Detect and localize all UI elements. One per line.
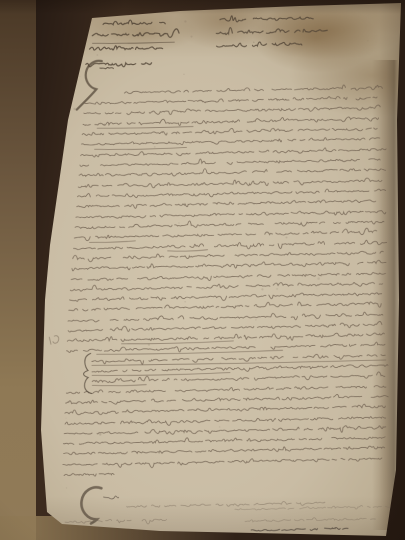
handwriting-line (92, 372, 385, 384)
handwriting-line (81, 147, 387, 158)
handwriting-line (100, 67, 117, 69)
margin-brace (83, 353, 91, 393)
sire-swash-bottom (81, 487, 102, 523)
handwriting-line (65, 518, 167, 525)
handwriting-line (92, 29, 179, 39)
handwriting-line (235, 505, 391, 512)
ink-underline (89, 241, 135, 243)
handwriting-line (79, 165, 386, 178)
handwriting-line (103, 19, 165, 25)
ink-underline (92, 384, 146, 386)
handwriting-line (89, 45, 162, 51)
ink-underline (92, 42, 174, 44)
handwriting-line (251, 527, 348, 531)
ink-speck (253, 41, 255, 43)
handwriting-line (77, 199, 384, 210)
handwriting-line (80, 155, 380, 167)
ink-underline (168, 250, 208, 252)
ink-underline (97, 350, 283, 355)
handwriting-line (220, 14, 313, 22)
manuscript-photo (0, 0, 405, 540)
handwriting-line (124, 84, 382, 95)
ink-speck (219, 426, 220, 427)
handwriting-line (85, 96, 378, 106)
handwriting-line (83, 115, 383, 128)
ink-speck (66, 418, 67, 419)
handwriting-line (64, 473, 114, 477)
handwriting-line (73, 249, 384, 262)
handwriting-line (76, 210, 386, 221)
handwriting-line (245, 517, 376, 523)
handwriting-line (64, 445, 385, 456)
ink-speck (255, 319, 256, 320)
handwriting-line (68, 321, 382, 333)
ink-speck (317, 277, 320, 280)
handwriting-line (70, 279, 382, 292)
ink-speck (97, 54, 99, 56)
handwriting-line (65, 415, 386, 427)
ink-underline (92, 373, 230, 377)
margin-mark-10 (49, 336, 58, 345)
handwriting-line (216, 41, 305, 47)
ink-speck (276, 288, 278, 290)
handwriting-line (65, 404, 386, 416)
handwriting-line (70, 292, 382, 304)
handwriting-line (77, 187, 385, 199)
handwriting-line (86, 62, 152, 67)
ink-underline (97, 126, 193, 128)
handwriting-line (69, 300, 386, 314)
handwriting-line (78, 177, 382, 189)
ink-speck (285, 236, 287, 238)
handwriting-line (63, 456, 382, 469)
handwriting-line (82, 125, 382, 136)
handwriting-line (81, 137, 379, 147)
ink-speck (184, 301, 185, 302)
ink-speck (80, 76, 81, 77)
ink-underline (95, 147, 187, 150)
handwriting-line (104, 496, 122, 499)
manuscript-handwriting (0, 0, 405, 540)
ink-speck (73, 108, 75, 110)
handwriting-line (68, 311, 383, 324)
handwriting-line (63, 434, 385, 446)
ink-speck (184, 20, 186, 22)
ink-underline (121, 341, 233, 344)
handwriting-line (127, 501, 325, 509)
handwriting-line (84, 105, 381, 116)
ink-speck (100, 122, 101, 123)
ink-speck (183, 74, 184, 75)
ink-speck (99, 433, 101, 435)
handwriting-line (64, 425, 386, 438)
ink-speck (178, 222, 179, 223)
ink-speck (66, 487, 67, 488)
handwriting-line (72, 259, 386, 271)
ink-speck (154, 146, 156, 148)
handwriting-line (216, 26, 327, 35)
handwriting-line (67, 331, 384, 345)
handwriting-line (92, 364, 388, 375)
handwriting-line (71, 272, 385, 283)
ink-speck (261, 288, 263, 290)
ink-speck (190, 36, 192, 38)
handwriting-line (66, 393, 389, 405)
sire-swash-top (76, 61, 103, 110)
handwriting-line (75, 217, 384, 231)
ink-speck (367, 40, 368, 41)
handwriting-line (74, 228, 382, 241)
